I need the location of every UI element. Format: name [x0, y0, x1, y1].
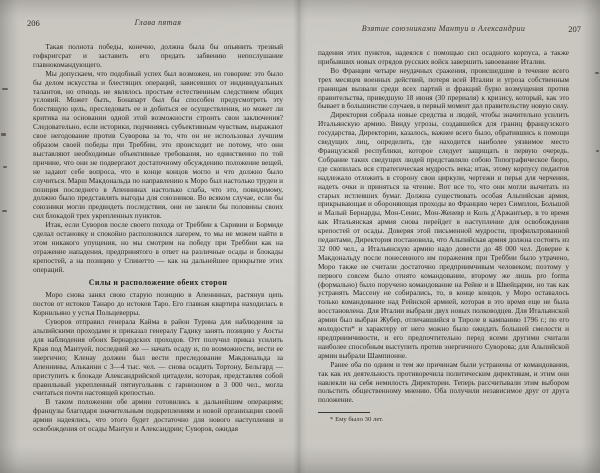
footnote-rule	[318, 412, 370, 413]
left-page: 206 Глава пятая Такая полнота победы, ко…	[0, 0, 299, 473]
page-number-left: 206	[27, 18, 40, 28]
paragraph: Моро снова занял свою старую позицию в А…	[33, 291, 283, 318]
paragraph-continuation: падения этих пунктов, надеялся с помощью…	[318, 49, 569, 67]
left-page-text: Такая полнота победы, конечно, должна бы…	[33, 43, 283, 434]
paragraph: Итак, если Суворов после своего похода о…	[33, 221, 283, 274]
running-head-row-right: Взятие союзниками Мантуи и Александрии 2…	[318, 24, 569, 35]
running-head-left: Глава пятая	[33, 18, 283, 27]
paragraph: Директория собрала новые средства и люде…	[318, 111, 569, 360]
paragraph: Суворов отправил генерала Кайма в район …	[33, 318, 283, 398]
footnote: * Ему было 30 лет.	[318, 416, 569, 424]
section-heading: Силы и расположение обеих сторон	[33, 279, 283, 288]
paragraph: Во Франции четыре неудачных сражения, пр…	[318, 67, 569, 112]
paragraph: В таком положении обе армии готовились к…	[33, 398, 283, 434]
paragraph: Ранее оба по одним и тем же причинам был…	[318, 361, 569, 406]
paragraph: Такая полнота победы, конечно, должна бы…	[33, 43, 283, 70]
running-head-row-left: 206 Глава пятая	[33, 18, 283, 29]
book-spread: 206 Глава пятая Такая полнота победы, ко…	[0, 0, 600, 473]
right-page: Взятие союзниками Мантуи и Александрии 2…	[299, 0, 600, 473]
page-number-right: 207	[568, 24, 581, 34]
paragraph: Мы допускаем, что подобный успех был воз…	[33, 70, 283, 221]
right-page-text: падения этих пунктов, надеялся с помощью…	[318, 49, 569, 405]
running-head-right: Взятие союзниками Мантуи и Александрии	[318, 24, 569, 33]
